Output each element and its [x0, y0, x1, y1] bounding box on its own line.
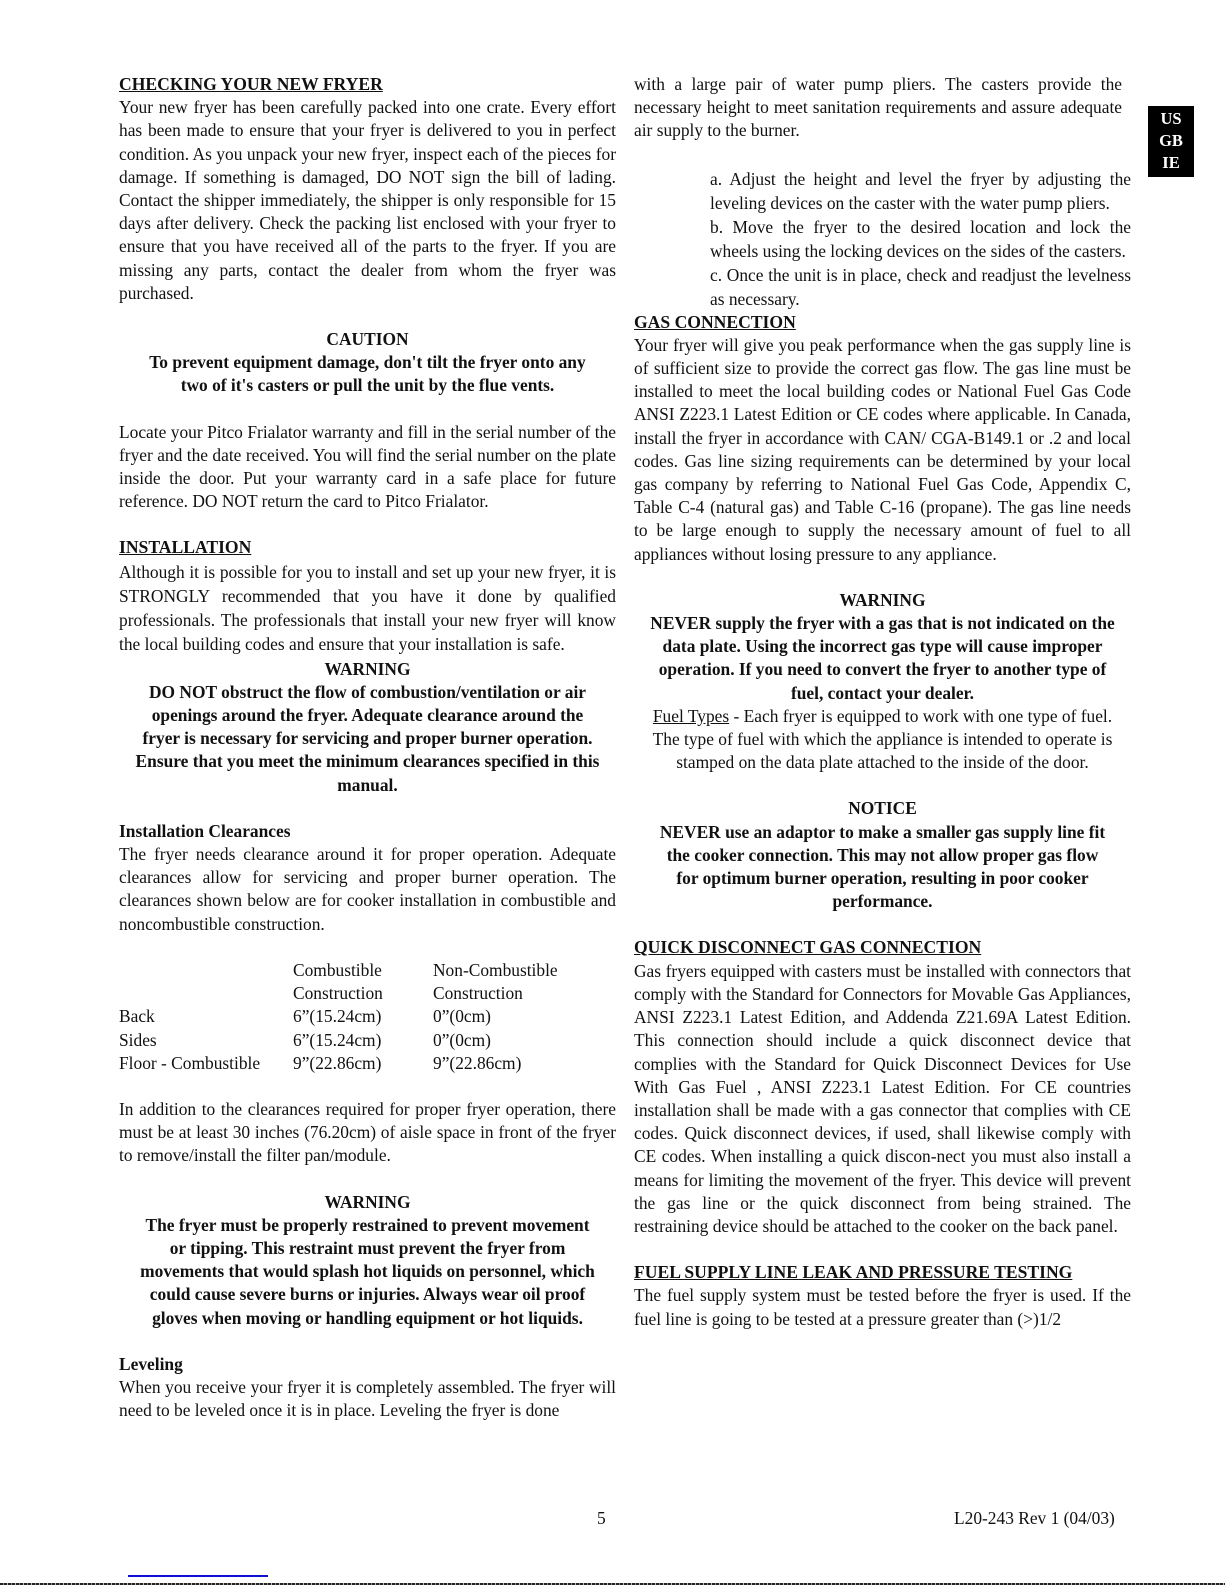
table-row: Sides 6”(15.24cm) 0”(0cm)	[119, 1029, 613, 1052]
link-underline	[128, 1575, 268, 1577]
table-row: Back 6”(15.24cm) 0”(0cm)	[119, 1005, 613, 1028]
leveling-step-c: c. Once the unit is in place, check and …	[710, 263, 1131, 311]
country-gb: GB	[1148, 130, 1194, 152]
warning-3-body: NEVER supply the fryer with a gas that i…	[634, 612, 1131, 705]
table-cell: Back	[119, 1005, 293, 1028]
warranty-paragraph: Locate your Pitco Frialator warranty and…	[119, 421, 616, 514]
document-code: L20-243 Rev 1 (04/03)	[954, 1508, 1115, 1529]
table-header-cell	[119, 959, 293, 982]
leveling-heading: Leveling	[119, 1353, 616, 1376]
leveling-body: When you receive your fryer it is comple…	[119, 1376, 616, 1422]
table-header-row: Combustible Non-Combustible	[119, 959, 613, 982]
table-row: Floor - Combustible 9”(22.86cm) 9”(22.86…	[119, 1052, 613, 1075]
table-header-row: Construction Construction	[119, 982, 613, 1005]
quick-disconnect-heading: QUICK DISCONNECT GAS CONNECTION	[634, 936, 1131, 959]
table-header-cell: Non-Combustible	[433, 959, 613, 982]
table-cell: 0”(0cm)	[433, 1029, 613, 1052]
table-cell: 6”(15.24cm)	[293, 1029, 433, 1052]
clearances-heading: Installation Clearances	[119, 820, 616, 843]
left-column: CHECKING YOUR NEW FRYER Your new fryer h…	[119, 73, 616, 1422]
table-cell: 0”(0cm)	[433, 1005, 613, 1028]
warning-3-title: WARNING	[634, 589, 1131, 612]
checking-heading: CHECKING YOUR NEW FRYER	[119, 73, 616, 96]
table-header-cell	[119, 982, 293, 1005]
warning-1-body: DO NOT obstruct the flow of combustion/v…	[119, 681, 616, 797]
page-number: 5	[597, 1508, 606, 1529]
caution-title: CAUTION	[119, 328, 616, 351]
leveling-step-a: a. Adjust the height and level the fryer…	[710, 167, 1131, 215]
country-ie: IE	[1148, 152, 1194, 174]
table-cell: Sides	[119, 1029, 293, 1052]
installation-heading: INSTALLATION	[119, 536, 616, 559]
warning-2-body: The fryer must be properly restrained to…	[119, 1214, 616, 1330]
warning-2-title: WARNING	[119, 1191, 616, 1214]
leak-testing-heading: FUEL SUPPLY LINE LEAK AND PRESSURE TESTI…	[634, 1261, 1131, 1284]
table-cell: Floor - Combustible	[119, 1052, 293, 1075]
clearances-table: Combustible Non-Combustible Construction…	[119, 959, 613, 1075]
caution-body: To prevent equipment damage, don't tilt …	[119, 351, 616, 397]
table-cell: 6”(15.24cm)	[293, 1005, 433, 1028]
right-column: with a large pair of water pump pliers. …	[634, 73, 1131, 1331]
notice-body: NEVER use an adaptor to make a smaller g…	[634, 821, 1131, 914]
table-cell: 9”(22.86cm)	[293, 1052, 433, 1075]
leak-testing-body: The fuel supply system must be tested be…	[634, 1284, 1131, 1330]
clearances-body: The fryer needs clearance around it for …	[119, 843, 616, 936]
table-header-cell: Combustible	[293, 959, 433, 982]
table-header-cell: Construction	[293, 982, 433, 1005]
checking-body: Your new fryer has been carefully packed…	[119, 96, 616, 305]
leveling-step-b: b. Move the fryer to the desired locatio…	[710, 215, 1131, 263]
table-header-cell: Construction	[433, 982, 613, 1005]
warning-1-title: WARNING	[119, 658, 616, 681]
country-us: US	[1148, 108, 1194, 130]
fuel-types-paragraph: Fuel Types - Each fryer is equipped to w…	[634, 705, 1131, 775]
quick-disconnect-body: Gas fryers equipped with casters must be…	[634, 960, 1131, 1238]
table-cell: 9”(22.86cm)	[433, 1052, 613, 1075]
aisle-paragraph: In addition to the clearances required f…	[119, 1098, 616, 1168]
country-tab: US GB IE	[1148, 106, 1194, 177]
gas-connection-body: Your fryer will give you peak performanc…	[634, 334, 1131, 566]
installation-body: Although it is possible for you to insta…	[119, 560, 616, 656]
gas-connection-heading: GAS CONNECTION	[634, 311, 1131, 334]
leveling-steps: a. Adjust the height and level the fryer…	[710, 167, 1131, 311]
fuel-types-label: Fuel Types	[653, 706, 729, 726]
notice-title: NOTICE	[634, 797, 1131, 820]
leveling-continued: with a large pair of water pump pliers. …	[634, 73, 1122, 143]
